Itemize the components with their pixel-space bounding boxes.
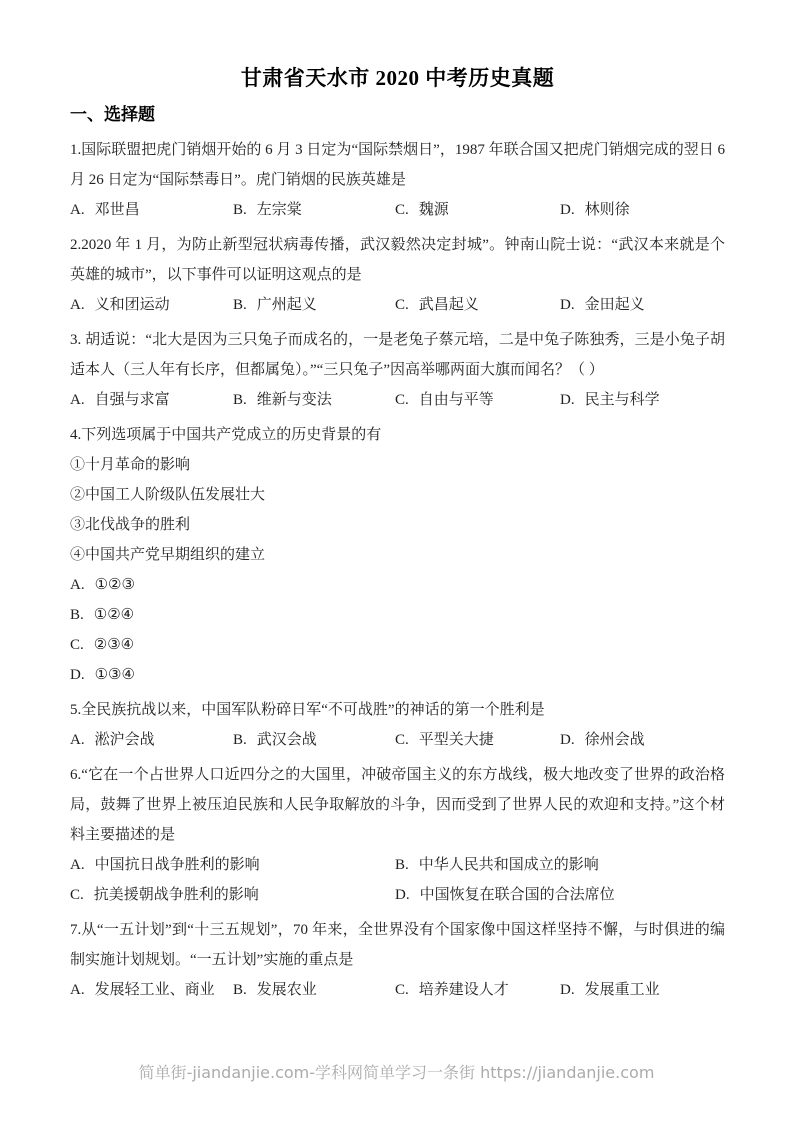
option-text: 自由与平等	[419, 392, 494, 408]
question-4-option-c: C.②③④	[70, 630, 725, 660]
question-3-stem: 3. 胡适说：“北大是因为三只兔子而成名的，一是老兔子蔡元培，二是中兔子陈独秀，…	[70, 325, 725, 385]
option-label: A.	[70, 725, 85, 755]
option-label: B.	[233, 195, 247, 225]
question-5-option-a: A.淞沪会战	[70, 725, 233, 755]
option-text: 邓世昌	[95, 202, 140, 218]
option-text: 培养建设人才	[419, 982, 509, 998]
question-5-stem: 5.全民族抗战以来，中国军队粉碎日军“不可战胜”的神话的第一个胜利是	[70, 695, 725, 725]
option-text: 淞沪会战	[95, 732, 155, 748]
question-6-options: A.中国抗日战争胜利的影响 B.中华人民共和国成立的影响 C.抗美援朝战争胜利的…	[70, 850, 725, 910]
option-text: 武汉会战	[257, 732, 317, 748]
option-label: B.	[233, 290, 247, 320]
option-label: C.	[70, 630, 84, 660]
question-3-option-c: C.自由与平等	[395, 385, 560, 415]
section-heading: 一、选择题	[70, 100, 725, 130]
question-5-options: A.淞沪会战 B.武汉会战 C.平型关大捷 D.徐州会战	[70, 725, 725, 755]
question-5-option-d: D.徐州会战	[560, 725, 725, 755]
question-4-option-d: D.①③④	[70, 660, 725, 690]
option-label: B.	[70, 600, 84, 630]
option-label: B.	[233, 975, 247, 1005]
option-text: 民主与科学	[585, 392, 660, 408]
option-text: ①③④	[95, 667, 135, 683]
question-1-option-b: B.左宗棠	[233, 195, 395, 225]
option-text: 中国抗日战争胜利的影响	[95, 857, 260, 873]
question-3-option-d: D.民主与科学	[560, 385, 725, 415]
option-text: 金田起义	[585, 297, 645, 313]
option-text: 自强与求富	[95, 392, 170, 408]
option-text: 中国恢复在联合国的合法席位	[420, 887, 615, 903]
question-4-stem: 4.下列选项属于中国共产党成立的历史背景的有	[70, 420, 725, 450]
question-7-options: A.发展轻工业、商业 B.发展农业 C.培养建设人才 D.发展重工业	[70, 975, 725, 1005]
option-label: A.	[70, 195, 85, 225]
option-label: D.	[560, 725, 575, 755]
question-6-option-d: D.中国恢复在联合国的合法席位	[395, 880, 725, 910]
exam-document-page: 甘肃省天水市 2020 中考历史真题 一、选择题 1.国际联盟把虎门销烟开始的 …	[0, 0, 793, 1122]
option-text: 中华人民共和国成立的影响	[419, 857, 599, 873]
question-7: 7.从“一五计划”到“十三五规划”，70 年来，全世界没有个国家像中国这样坚持不…	[70, 915, 725, 1005]
option-text: 发展重工业	[585, 982, 660, 998]
option-text: ①②③	[95, 577, 135, 593]
option-text: 徐州会战	[585, 732, 645, 748]
option-label: A.	[70, 850, 85, 880]
question-4-item-2: ②中国工人阶级队伍发展壮大	[70, 480, 725, 510]
option-label: C.	[395, 195, 409, 225]
question-4-item-3: ③北伐战争的胜利	[70, 510, 725, 540]
question-4-option-b: B.①②④	[70, 600, 725, 630]
question-3-option-b: B.维新与变法	[233, 385, 395, 415]
question-2: 2.2020 年 1 月，为防止新型冠状病毒传播，武汉毅然决定封城”。钟南山院士…	[70, 230, 725, 320]
question-3-options: A.自强与求富 B.维新与变法 C.自由与平等 D.民主与科学	[70, 385, 725, 415]
question-1-option-a: A.邓世昌	[70, 195, 233, 225]
option-label: B.	[233, 385, 247, 415]
question-1-stem: 1.国际联盟把虎门销烟开始的 6 月 3 日定为“国际禁烟日”，1987 年联合…	[70, 135, 725, 195]
option-label: D.	[70, 660, 85, 690]
question-4-option-a: A.①②③	[70, 570, 725, 600]
question-2-option-a: A.义和团运动	[70, 290, 233, 320]
question-2-options: A.义和团运动 B.广州起义 C.武昌起义 D.金田起义	[70, 290, 725, 320]
option-text: 发展农业	[257, 982, 317, 998]
question-5-option-c: C.平型关大捷	[395, 725, 560, 755]
question-1-option-c: C.魏源	[395, 195, 560, 225]
question-4-options: A.①②③ B.①②④ C.②③④ D.①③④	[70, 570, 725, 690]
document-content: 甘肃省天水市 2020 中考历史真题 一、选择题 1.国际联盟把虎门销烟开始的 …	[0, 0, 793, 1005]
option-text: 平型关大捷	[419, 732, 494, 748]
option-label: A.	[70, 570, 85, 600]
option-label: B.	[395, 850, 409, 880]
option-text: 维新与变法	[257, 392, 332, 408]
option-text: 左宗棠	[257, 202, 302, 218]
question-3: 3. 胡适说：“北大是因为三只兔子而成名的，一是老兔子蔡元培，二是中兔子陈独秀，…	[70, 325, 725, 415]
option-label: C.	[395, 290, 409, 320]
question-7-option-b: B.发展农业	[233, 975, 395, 1005]
question-2-option-d: D.金田起义	[560, 290, 725, 320]
question-2-stem: 2.2020 年 1 月，为防止新型冠状病毒传播，武汉毅然决定封城”。钟南山院士…	[70, 230, 725, 290]
question-4-item-4: ④中国共产党早期组织的建立	[70, 540, 725, 570]
question-1-option-d: D.林则徐	[560, 195, 725, 225]
option-text: 广州起义	[257, 297, 317, 313]
question-4-item-1: ①十月革命的影响	[70, 450, 725, 480]
option-label: D.	[560, 195, 575, 225]
question-5: 5.全民族抗战以来，中国军队粉碎日军“不可战胜”的神话的第一个胜利是 A.淞沪会…	[70, 695, 725, 755]
option-text: 义和团运动	[95, 297, 170, 313]
option-label: C.	[395, 385, 409, 415]
question-6-option-c: C.抗美援朝战争胜利的影响	[70, 880, 395, 910]
option-label: C.	[395, 725, 409, 755]
question-1-options: A.邓世昌 B.左宗棠 C.魏源 D.林则徐	[70, 195, 725, 225]
question-1: 1.国际联盟把虎门销烟开始的 6 月 3 日定为“国际禁烟日”，1987 年联合…	[70, 135, 725, 225]
option-label: D.	[560, 290, 575, 320]
page-title: 甘肃省天水市 2020 中考历史真题	[70, 62, 725, 94]
option-label: D.	[560, 385, 575, 415]
question-4: 4.下列选项属于中国共产党成立的历史背景的有 ①十月革命的影响 ②中国工人阶级队…	[70, 420, 725, 690]
option-label: A.	[70, 290, 85, 320]
question-6-option-a: A.中国抗日战争胜利的影响	[70, 850, 395, 880]
option-text: ②③④	[94, 637, 134, 653]
question-6-stem: 6.“它在一个占世界人口近四分之的大国里，冲破帝国主义的东方战线，极大地改变了世…	[70, 760, 725, 850]
option-label: C.	[395, 975, 409, 1005]
option-label: A.	[70, 975, 85, 1005]
question-6: 6.“它在一个占世界人口近四分之的大国里，冲破帝国主义的东方战线，极大地改变了世…	[70, 760, 725, 910]
option-text: ①②④	[94, 607, 134, 623]
question-2-option-b: B.广州起义	[233, 290, 395, 320]
question-2-option-c: C.武昌起义	[395, 290, 560, 320]
option-label: C.	[70, 880, 84, 910]
option-label: D.	[395, 880, 410, 910]
option-label: A.	[70, 385, 85, 415]
question-5-option-b: B.武汉会战	[233, 725, 395, 755]
option-text: 武昌起义	[419, 297, 479, 313]
option-text: 抗美援朝战争胜利的影响	[94, 887, 259, 903]
option-text: 发展轻工业、商业	[95, 982, 215, 998]
question-7-option-c: C.培养建设人才	[395, 975, 560, 1005]
question-6-option-b: B.中华人民共和国成立的影响	[395, 850, 725, 880]
question-7-option-d: D.发展重工业	[560, 975, 725, 1005]
question-7-stem: 7.从“一五计划”到“十三五规划”，70 年来，全世界没有个国家像中国这样坚持不…	[70, 915, 725, 975]
question-7-option-a: A.发展轻工业、商业	[70, 975, 233, 1005]
watermark-footer: 简单街-jiandanjie.com-学科网简单学习一条街 https://ji…	[0, 1060, 793, 1083]
option-text: 林则徐	[585, 202, 630, 218]
option-text: 魏源	[419, 202, 449, 218]
option-label: D.	[560, 975, 575, 1005]
question-3-option-a: A.自强与求富	[70, 385, 233, 415]
option-label: B.	[233, 725, 247, 755]
